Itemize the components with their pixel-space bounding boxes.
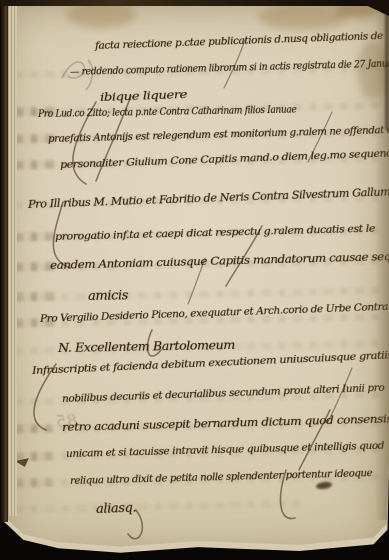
page-edge-left [8, 0, 17, 516]
manuscript-photo: 85 facta reiectione p.ctae publicationis… [0, 0, 389, 560]
manuscript-page: 85 facta reiectione p.ctae publicationis… [0, 0, 389, 560]
page-vignette [0, 0, 389, 560]
book-top-edge [0, 0, 389, 6]
book-binding [0, 0, 8, 522]
page-right-edge [385, 0, 389, 130]
